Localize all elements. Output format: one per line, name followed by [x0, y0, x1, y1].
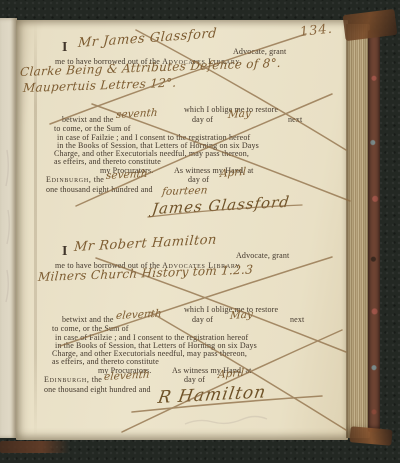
advocate-grant-label: Advocate, grant [233, 48, 286, 56]
effeirs-line: as effeirs, and thereto constitute [52, 358, 159, 366]
advocate-grant-label: Advocate, grant [236, 252, 289, 260]
edinburgh-line: Edinburgh, the [46, 176, 104, 184]
form-initial-I: I [62, 245, 68, 259]
signed-month-value: April [220, 167, 247, 180]
day-of-label: day of [192, 116, 213, 124]
borrower-signature: R Hamilton [157, 384, 268, 407]
effeirs-line: as effeirs, and thereto constitute [54, 158, 161, 166]
the-label: the [94, 175, 104, 184]
edinburgh-label: Edinburgh, [44, 375, 90, 384]
next-label: next [288, 116, 302, 124]
page-content: 134. I Mr James Glassford Advocate, gran… [0, 0, 400, 463]
return-day-value: eleventh [116, 309, 163, 322]
betwixt-prefix: betwixt and the [62, 316, 114, 324]
year-written-value: fourteen [161, 185, 207, 197]
borrower-signature: James Glassford [151, 195, 291, 217]
to-come-line: to come, or the Sum of [54, 125, 131, 133]
day-of-label: day of [192, 316, 213, 324]
page-number: 134. [299, 23, 333, 39]
year-prefix: one thousand eight hundred and [44, 386, 151, 394]
return-month-value: May [230, 309, 254, 321]
edinburgh-line: Edinburgh, the [44, 376, 102, 384]
year-prefix: one thousand eight hundred and [46, 186, 153, 194]
signed-day-value: seventh [106, 169, 148, 182]
to-come-line: to come, or the Sum of [52, 325, 129, 333]
betwixt-prefix: betwixt and the [62, 116, 114, 124]
return-day-value: seventh [116, 108, 158, 121]
day-of-label: day of [188, 176, 209, 184]
borrower-name: Mr Robert Hamilton [73, 233, 217, 254]
signed-day-value: eleventh [104, 370, 151, 383]
borrower-name: Mr James Glassford [78, 27, 218, 50]
edinburgh-label: Edinburgh, [46, 175, 92, 184]
day-of-label: day of [184, 376, 205, 384]
the-label: the [92, 375, 102, 384]
next-label: next [290, 316, 304, 324]
signed-month-value: April [218, 368, 245, 381]
return-month-value: May [228, 108, 252, 120]
form-initial-I: I [62, 41, 68, 55]
book-title-line: Maupertuis Lettres 12°. [23, 77, 177, 94]
photographed-library-register-page: 134. I Mr James Glassford Advocate, gran… [0, 0, 400, 463]
